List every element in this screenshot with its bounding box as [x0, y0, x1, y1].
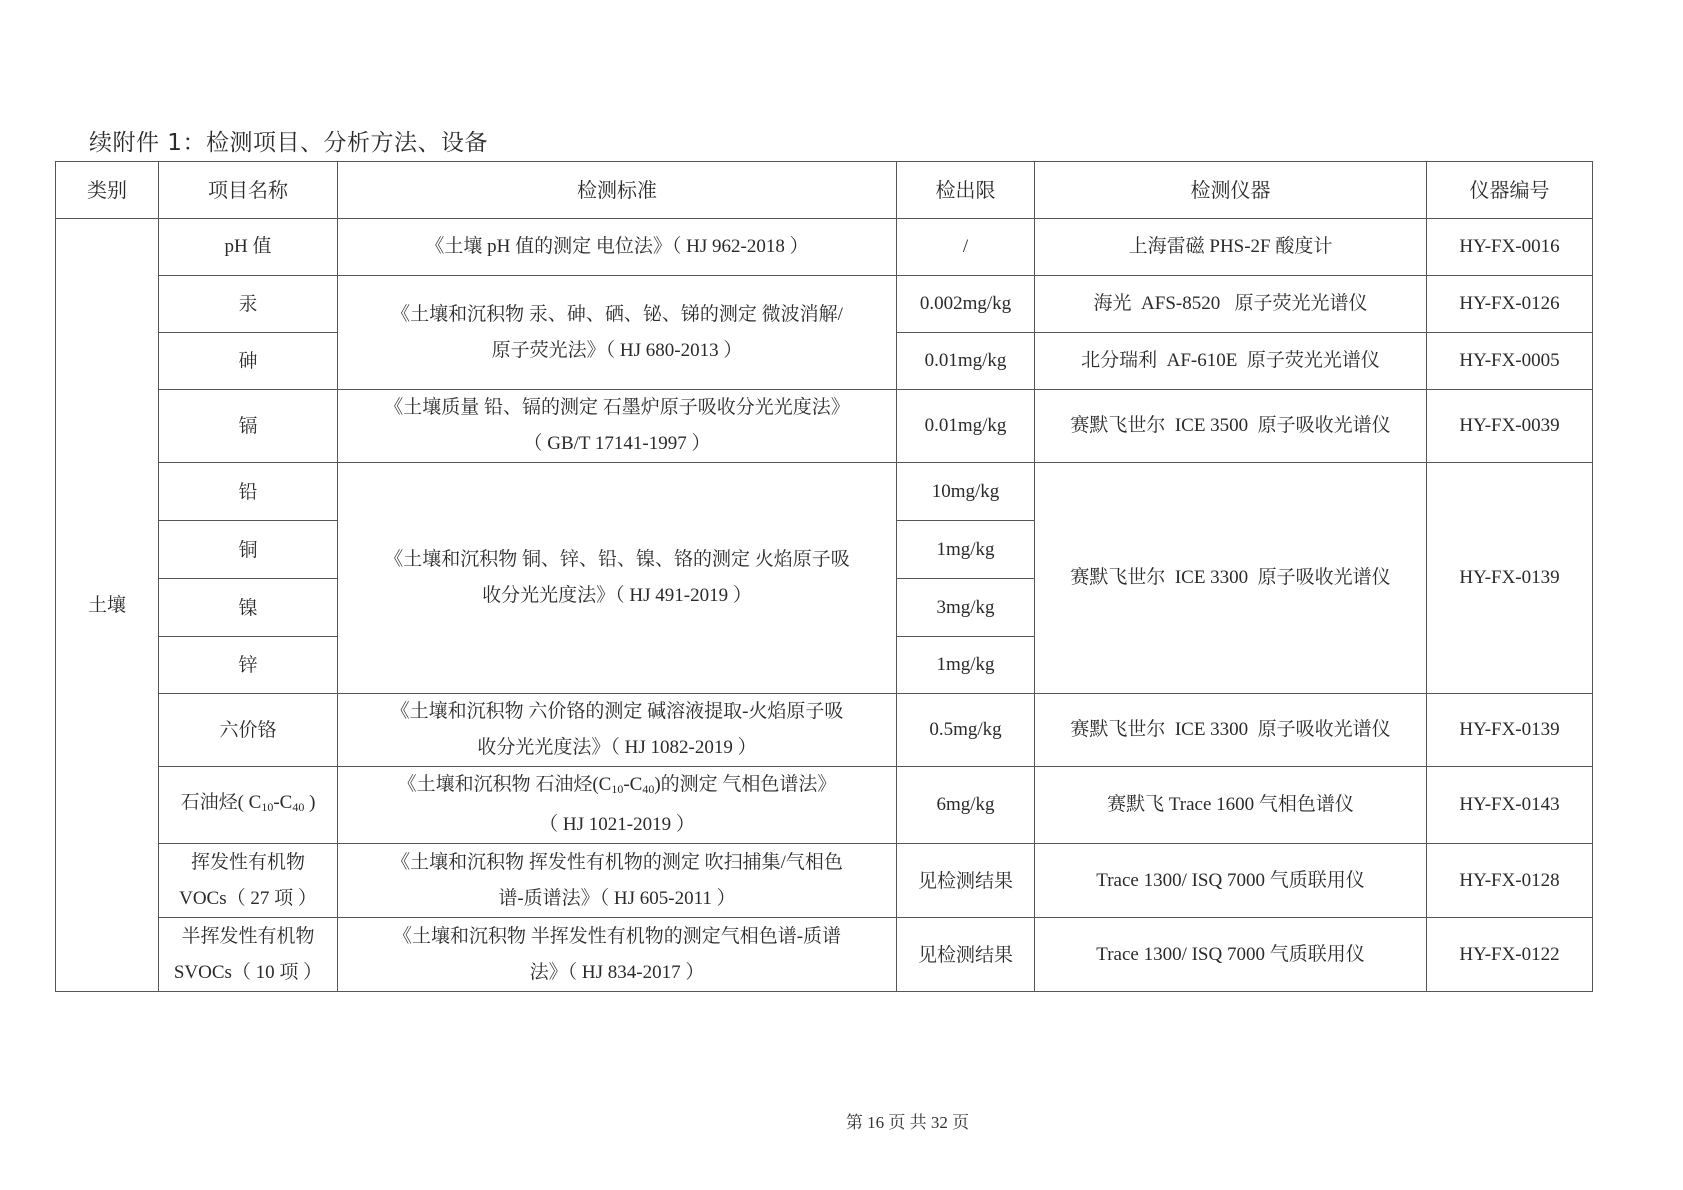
standard-line: 《土壤质量 铅、镉的测定 石墨炉原子吸收分光光度法》	[346, 390, 888, 426]
header-detection-limit: 检出限	[897, 162, 1035, 219]
standard-line: 《土壤和沉积物 石油烃(C10-C40)的测定 气相色谱法》	[346, 767, 888, 807]
instrument-id: HY-FX-0126	[1427, 276, 1593, 333]
detection-limit: 见检测结果	[897, 918, 1035, 992]
standard-line: 《土壤和沉积物 铜、锌、铅、镍、铬的测定 火焰原子吸	[346, 542, 888, 578]
item-text: -C	[273, 792, 292, 813]
page-number: 第 16 页 共 32 页	[0, 1108, 1683, 1133]
item-name: 镉	[159, 390, 338, 463]
detection-limit: 见检测结果	[897, 844, 1035, 918]
standard-cell: 《土壤质量 铅、镉的测定 石墨炉原子吸收分光光度法》 （ GB/T 17141-…	[338, 390, 897, 463]
standard-text: )的测定 气相色谱法》	[654, 774, 836, 795]
instrument-id: HY-FX-0016	[1427, 219, 1593, 276]
item-line: 挥发性有机物	[167, 845, 329, 881]
standard-line: 收分光光度法》（ HJ 1082-2019 ）	[346, 730, 888, 766]
instrument-cell: Trace 1300/ ISQ 7000 气质联用仪	[1035, 918, 1427, 992]
subscript: 40	[642, 782, 654, 796]
item-text: )	[304, 792, 315, 813]
detection-limit: 1mg/kg	[897, 521, 1035, 579]
item-name: 镍	[159, 579, 338, 637]
standard-line: （ GB/T 17141-1997 ）	[346, 426, 888, 462]
standard-line: 收分光光度法》（ HJ 491-2019 ）	[346, 578, 888, 614]
instrument-id: HY-FX-0143	[1427, 767, 1593, 844]
standard-line: 《土壤和沉积物 半挥发性有机物的测定气相色谱-质谱	[346, 919, 888, 955]
item-name: 汞	[159, 276, 338, 333]
instrument-id: HY-FX-0005	[1427, 333, 1593, 390]
subscript: 40	[292, 800, 304, 814]
standard-cell: 《土壤和沉积物 石油烃(C10-C40)的测定 气相色谱法》 （ HJ 1021…	[338, 767, 897, 844]
detection-limit: 6mg/kg	[897, 767, 1035, 844]
instrument-id: HY-FX-0039	[1427, 390, 1593, 463]
item-line: SVOCs（ 10 项 ）	[167, 955, 329, 991]
detection-limit: 3mg/kg	[897, 579, 1035, 637]
table-row: 土壤 pH 值 《土壤 pH 值的测定 电位法》（ HJ 962-2018 ） …	[56, 219, 1593, 276]
item-line: 半挥发性有机物	[167, 919, 329, 955]
table-row: 铅 《土壤和沉积物 铜、锌、铅、镍、铬的测定 火焰原子吸 收分光光度法》（ HJ…	[56, 463, 1593, 521]
instrument-cell: 北分瑞利 AF-610E 原子荧光光谱仪	[1035, 333, 1427, 390]
standard-line: 《土壤和沉积物 六价铬的测定 碱溶液提取-火焰原子吸	[346, 694, 888, 730]
detection-limit: 0.01mg/kg	[897, 390, 1035, 463]
page-title: 续附件 1：检测项目、分析方法、设备	[89, 128, 488, 158]
standard-line: 原子荧光法》（ HJ 680-2013 ）	[346, 333, 888, 369]
standard-text: -C	[623, 774, 642, 795]
standard-line: （ HJ 1021-2019 ）	[346, 807, 888, 843]
header-standard: 检测标准	[338, 162, 897, 219]
item-name: 六价铬	[159, 694, 338, 767]
instrument-id: HY-FX-0139	[1427, 463, 1593, 694]
item-line: VOCs（ 27 项 ）	[167, 881, 329, 917]
standard-cell: 《土壤和沉积物 铜、锌、铅、镍、铬的测定 火焰原子吸 收分光光度法》（ HJ 4…	[338, 463, 897, 694]
standard-line: 《土壤和沉积物 挥发性有机物的测定 吹扫捕集/气相色	[346, 845, 888, 881]
methods-table: 类别 项目名称 检测标准 检出限 检测仪器 仪器编号 土壤 pH 值 《土壤 p…	[55, 161, 1593, 992]
instrument-id: HY-FX-0128	[1427, 844, 1593, 918]
header-instrument: 检测仪器	[1035, 162, 1427, 219]
item-name: 铜	[159, 521, 338, 579]
instrument-cell: 赛默飞世尔 ICE 3500 原子吸收光谱仪	[1035, 390, 1427, 463]
subscript: 10	[261, 800, 273, 814]
item-name: 铅	[159, 463, 338, 521]
item-name: 挥发性有机物 VOCs（ 27 项 ）	[159, 844, 338, 918]
table-header-row: 类别 项目名称 检测标准 检出限 检测仪器 仪器编号	[56, 162, 1593, 219]
header-instrument-id: 仪器编号	[1427, 162, 1593, 219]
instrument-cell: Trace 1300/ ISQ 7000 气质联用仪	[1035, 844, 1427, 918]
detection-limit: /	[897, 219, 1035, 276]
table-row: 镉 《土壤质量 铅、镉的测定 石墨炉原子吸收分光光度法》 （ GB/T 1714…	[56, 390, 1593, 463]
table-row: 挥发性有机物 VOCs（ 27 项 ） 《土壤和沉积物 挥发性有机物的测定 吹扫…	[56, 844, 1593, 918]
header-item-name: 项目名称	[159, 162, 338, 219]
instrument-cell: 赛默飞 Trace 1600 气相色谱仪	[1035, 767, 1427, 844]
item-name: 石油烃( C10-C40 )	[159, 767, 338, 844]
table-row: 石油烃( C10-C40 ) 《土壤和沉积物 石油烃(C10-C40)的测定 气…	[56, 767, 1593, 844]
detection-limit: 0.5mg/kg	[897, 694, 1035, 767]
item-text: 石油烃( C	[181, 792, 262, 813]
instrument-cell: 上海雷磁 PHS-2F 酸度计	[1035, 219, 1427, 276]
item-name: 锌	[159, 637, 338, 694]
table-row: 汞 《土壤和沉积物 汞、砷、硒、铋、锑的测定 微波消解/ 原子荧光法》（ HJ …	[56, 276, 1593, 333]
category-cell: 土壤	[56, 219, 159, 992]
standard-cell: 《土壤和沉积物 半挥发性有机物的测定气相色谱-质谱 法》（ HJ 834-201…	[338, 918, 897, 992]
item-name: 砷	[159, 333, 338, 390]
item-name: pH 值	[159, 219, 338, 276]
instrument-cell: 赛默飞世尔 ICE 3300 原子吸收光谱仪	[1035, 694, 1427, 767]
detection-limit: 0.01mg/kg	[897, 333, 1035, 390]
instrument-cell: 赛默飞世尔 ICE 3300 原子吸收光谱仪	[1035, 463, 1427, 694]
standard-cell: 《土壤和沉积物 六价铬的测定 碱溶液提取-火焰原子吸 收分光光度法》（ HJ 1…	[338, 694, 897, 767]
standard-cell: 《土壤和沉积物 汞、砷、硒、铋、锑的测定 微波消解/ 原子荧光法》（ HJ 68…	[338, 276, 897, 390]
standard-cell: 《土壤和沉积物 挥发性有机物的测定 吹扫捕集/气相色 谱-质谱法》（ HJ 60…	[338, 844, 897, 918]
standard-line: 《土壤和沉积物 汞、砷、硒、铋、锑的测定 微波消解/	[346, 297, 888, 333]
standard-line: 法》（ HJ 834-2017 ）	[346, 955, 888, 991]
instrument-id: HY-FX-0139	[1427, 694, 1593, 767]
detection-limit: 10mg/kg	[897, 463, 1035, 521]
standard-text: 《土壤和沉积物 石油烃(C	[398, 774, 612, 795]
header-category: 类别	[56, 162, 159, 219]
table-row: 六价铬 《土壤和沉积物 六价铬的测定 碱溶液提取-火焰原子吸 收分光光度法》（ …	[56, 694, 1593, 767]
instrument-id: HY-FX-0122	[1427, 918, 1593, 992]
subscript: 10	[611, 782, 623, 796]
item-name: 半挥发性有机物 SVOCs（ 10 项 ）	[159, 918, 338, 992]
detection-limit: 0.002mg/kg	[897, 276, 1035, 333]
detection-limit: 1mg/kg	[897, 637, 1035, 694]
standard-cell: 《土壤 pH 值的测定 电位法》（ HJ 962-2018 ）	[338, 219, 897, 276]
instrument-cell: 海光 AFS-8520 原子荧光光谱仪	[1035, 276, 1427, 333]
standard-line: 谱-质谱法》（ HJ 605-2011 ）	[346, 881, 888, 917]
table-row: 半挥发性有机物 SVOCs（ 10 项 ） 《土壤和沉积物 半挥发性有机物的测定…	[56, 918, 1593, 992]
